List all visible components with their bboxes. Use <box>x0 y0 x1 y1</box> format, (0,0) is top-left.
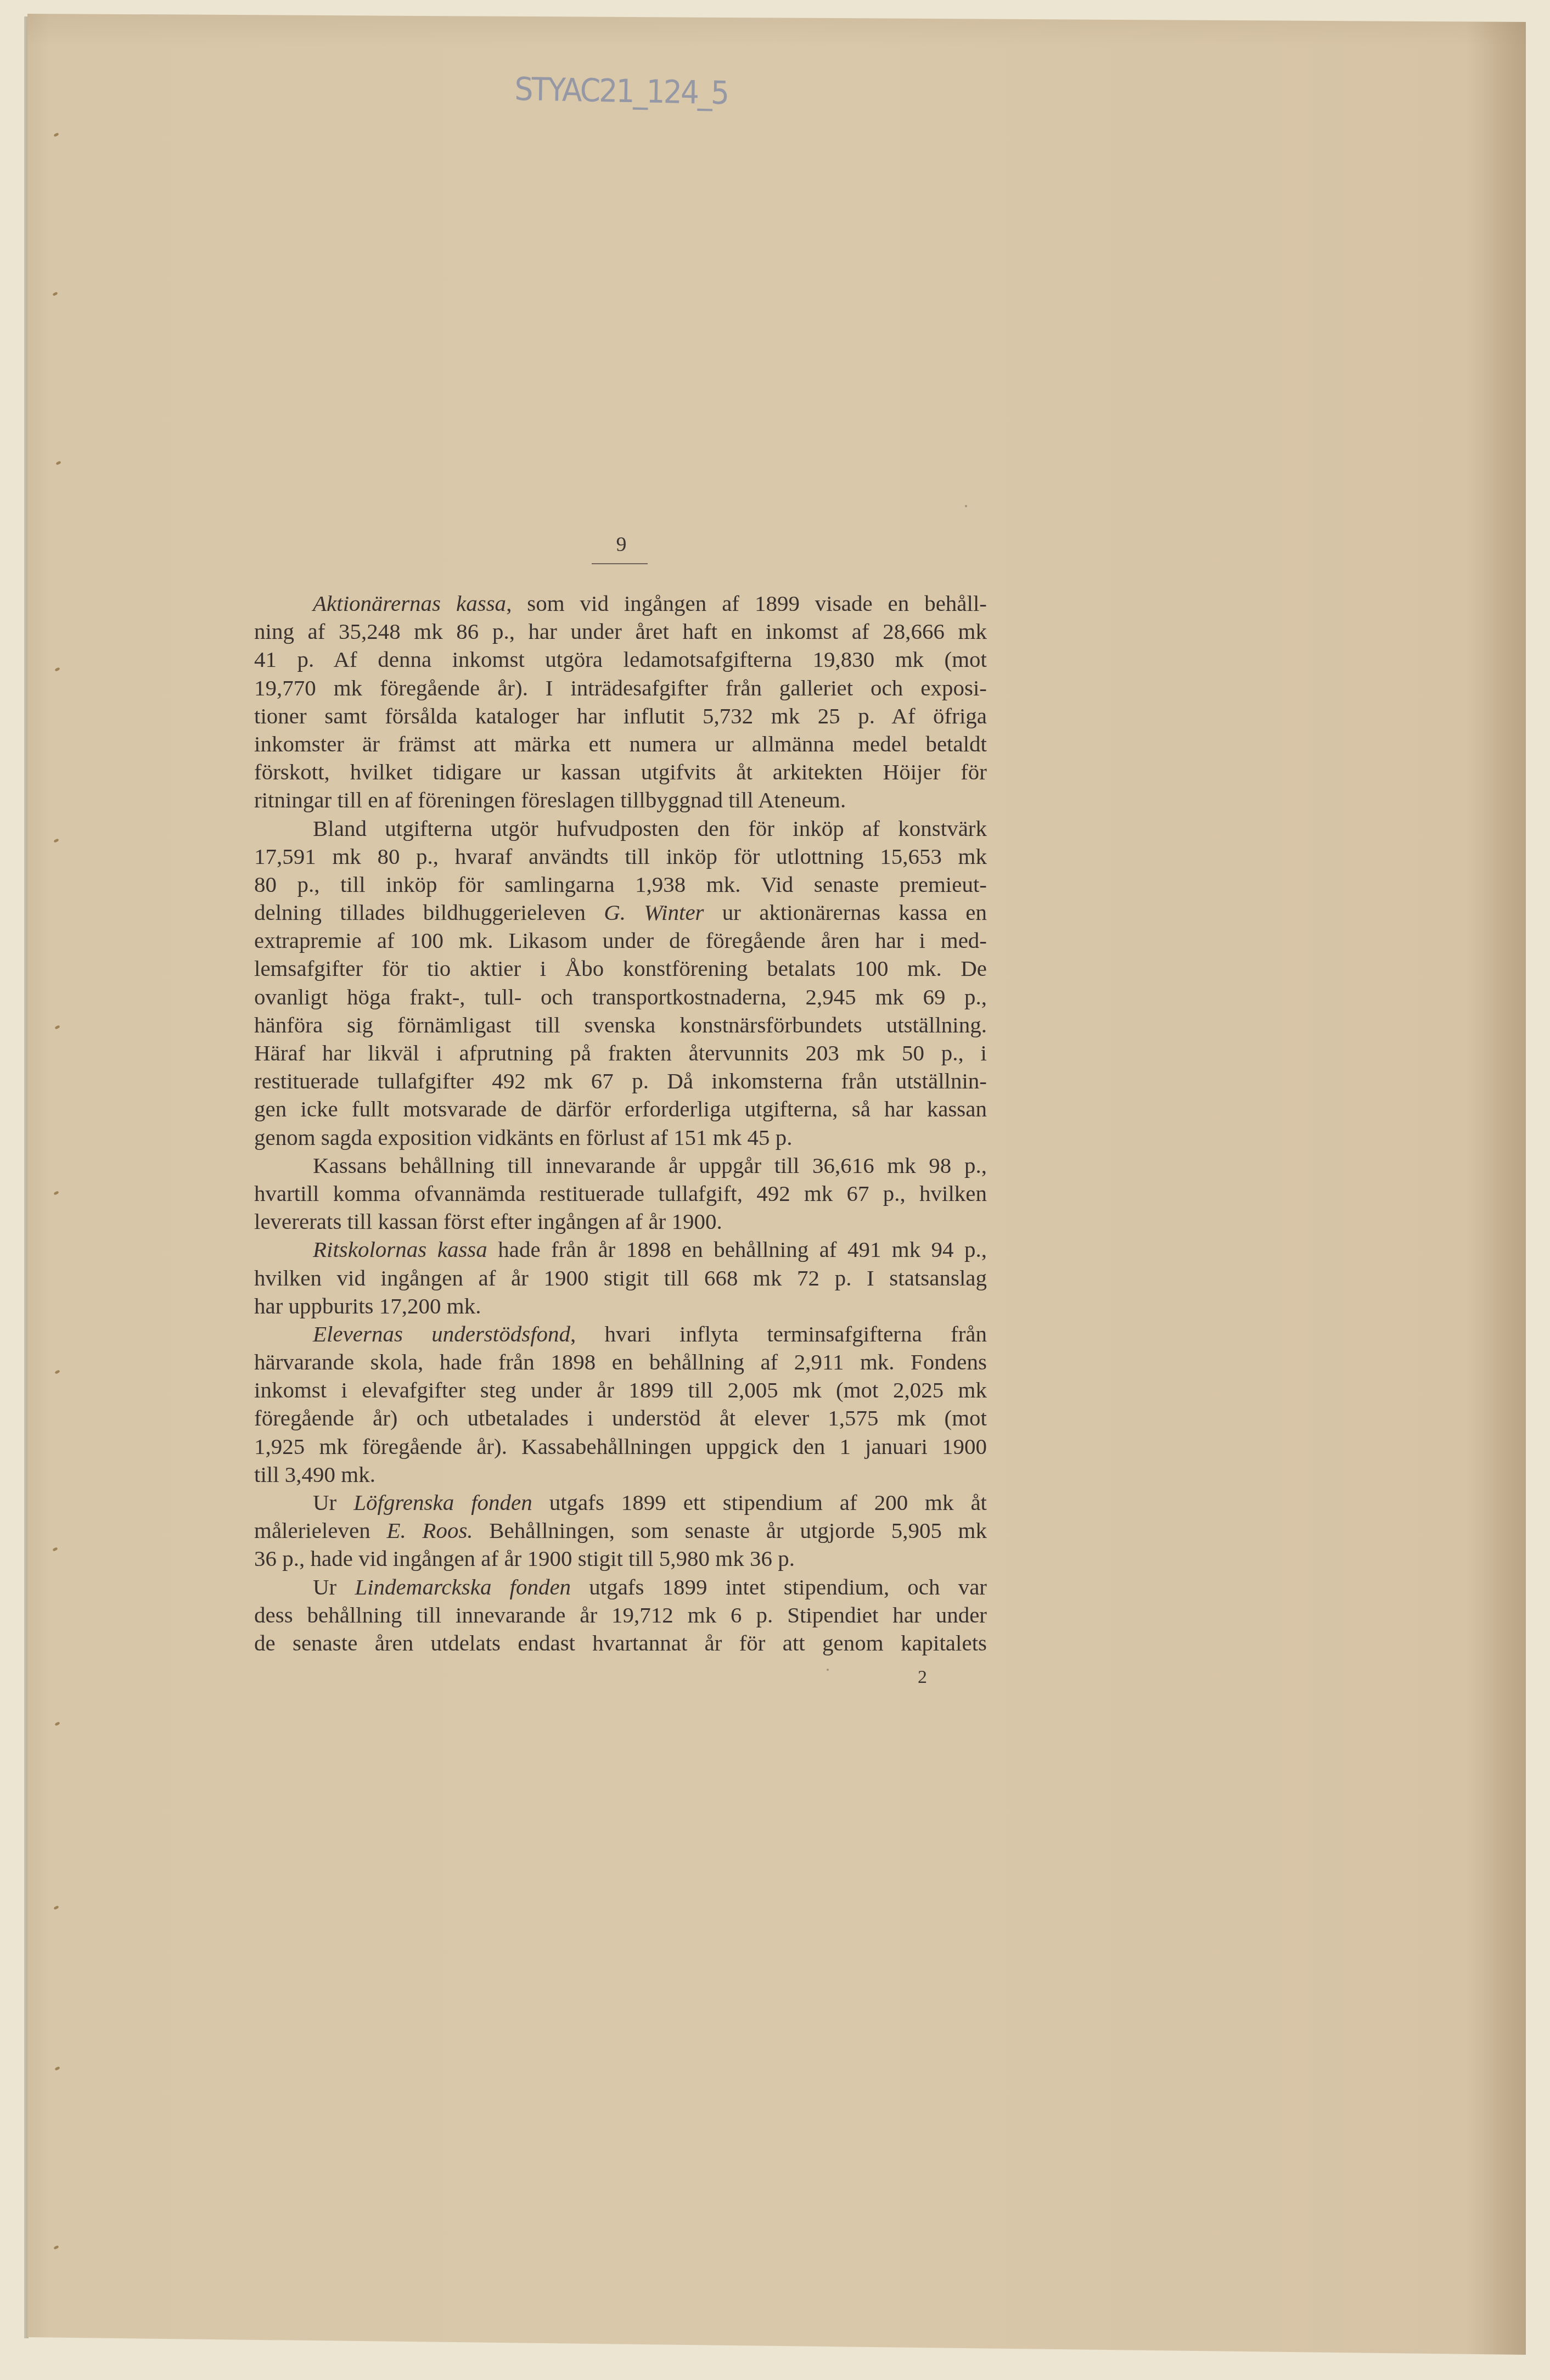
text-line: ning af 35,248 mk 86 p., har under året … <box>254 618 987 645</box>
printer-signature-mark: 2 <box>918 1666 927 1688</box>
text-line: lemsafgifter för tio aktier i Åbo konstf… <box>254 955 987 983</box>
text-line: restituerade tullafgifter 492 mk 67 p. D… <box>254 1067 987 1095</box>
italic-term: Löfgrenska fonden <box>353 1490 532 1515</box>
italic-term: E. Roos. <box>386 1518 473 1543</box>
text-line: 36 p., hade vid ingången af år 1900 stig… <box>254 1545 987 1573</box>
text-line: hvilken vid ingången af år 1900 stigit t… <box>254 1264 987 1292</box>
text-line: hänföra sig förnämligast till svenska ko… <box>254 1011 987 1039</box>
paragraph-lofgrenska-fonden: Ur Löfgrenska fonden utgafs 1899 ett sti… <box>254 1489 987 1573</box>
text-line: föregående år) och utbetalades i underst… <box>254 1404 987 1432</box>
text-line: de senaste åren utdelats endast hvartann… <box>254 1629 987 1657</box>
text-line: 17,591 mk 80 p., hvaraf användts till in… <box>254 843 987 871</box>
text-line: Ritskolornas kassa hade från år 1898 en … <box>254 1236 987 1264</box>
text-line: målerieleven E. Roos. Behållningen, som … <box>254 1517 987 1545</box>
paragraph-ritskolornas-kassa: Ritskolornas kassa hade från år 1898 en … <box>254 1236 987 1320</box>
text-line: extrapremie af 100 mk. Likasom under de … <box>254 927 987 955</box>
text-line: Aktionärernas kassa, som vid ingången af… <box>254 590 987 618</box>
body-text: Aktionärernas kassa, som vid ingången af… <box>254 590 987 1657</box>
text-line: levererats till kassan först efter ingån… <box>254 1208 987 1236</box>
text-line: Häraf har likväl i afprutning på frakten… <box>254 1039 987 1067</box>
italic-term: Lindemarckska fonden <box>355 1574 571 1599</box>
text-line: Ur Löfgrenska fonden utgafs 1899 ett sti… <box>254 1489 987 1517</box>
text-line: Ur Lindemarckska fonden utgafs 1899 inte… <box>254 1573 987 1601</box>
text-line: Bland utgifterna utgör hufvudposten den … <box>254 815 987 843</box>
text-line: 80 p., till inköp för samlingarna 1,938 … <box>254 871 987 899</box>
text-line: delning tillades bildhuggerieleven G. Wi… <box>254 899 987 927</box>
text-line: tioner samt försålda kataloger har influ… <box>254 702 987 730</box>
text-line: till 3,490 mk. <box>254 1461 987 1489</box>
paragraph-aktionarernas-kassa: Aktionärernas kassa, som vid ingången af… <box>254 590 987 815</box>
paragraph-lindemarckska-fonden: Ur Lindemarckska fonden utgafs 1899 inte… <box>254 1573 987 1658</box>
text-line: inkomster är främst att märka ett numera… <box>254 730 987 758</box>
text-line: inkomst i elevafgifter steg under år 189… <box>254 1376 987 1404</box>
paragraph-kassans-behallning: Kassans behållning till innevarande år u… <box>254 1152 987 1236</box>
text-line: har uppburits 17,200 mk. <box>254 1292 987 1320</box>
text-line: 1,925 mk föregående år). Kassabehållning… <box>254 1433 987 1461</box>
text-line: Elevernas understödsfond, hvari inflyta … <box>254 1320 987 1348</box>
text-line: förskott, hvilket tidigare ur kassan utg… <box>254 758 987 786</box>
text-line: härvarande skola, hade från 1898 en behå… <box>254 1348 987 1376</box>
archive-pencil-mark: STYAC21_124_5 <box>514 70 728 111</box>
paragraph-elevernas-understodsfond: Elevernas understödsfond, hvari inflyta … <box>254 1320 987 1489</box>
page-number-rule <box>592 563 648 564</box>
text-line: 41 p. Af denna inkomst utgöra ledamotsaf… <box>254 645 987 673</box>
italic-term: Ritskolornas kassa <box>313 1237 487 1262</box>
italic-term: Elevernas understödsfond <box>313 1321 570 1346</box>
text-line: Kassans behållning till innevarande år u… <box>254 1152 987 1180</box>
text-line: 19,770 mk föregående år). I inträdesafgi… <box>254 674 987 702</box>
italic-term: G. Winter <box>604 900 704 925</box>
page-number: 9 <box>604 532 639 557</box>
text-line: dess behållning till innevarande år 19,7… <box>254 1601 987 1629</box>
text-line: genom sagda exposition vidkänts en förlu… <box>254 1124 987 1152</box>
text-line: ovanligt höga frakt-, tull- och transpor… <box>254 983 987 1011</box>
text-line: ritningar till en af föreningen föreslag… <box>254 786 987 814</box>
text-line: hvartill komma ofvannämda restituerade t… <box>254 1180 987 1208</box>
paper-speck <box>965 505 967 507</box>
paragraph-utgifterna: Bland utgifterna utgör hufvudposten den … <box>254 815 987 1152</box>
paper-speck <box>827 1669 829 1671</box>
text-line: gen icke fullt motsvarade de därför erfo… <box>254 1095 987 1123</box>
italic-term: Aktionärernas kassa <box>313 591 506 616</box>
